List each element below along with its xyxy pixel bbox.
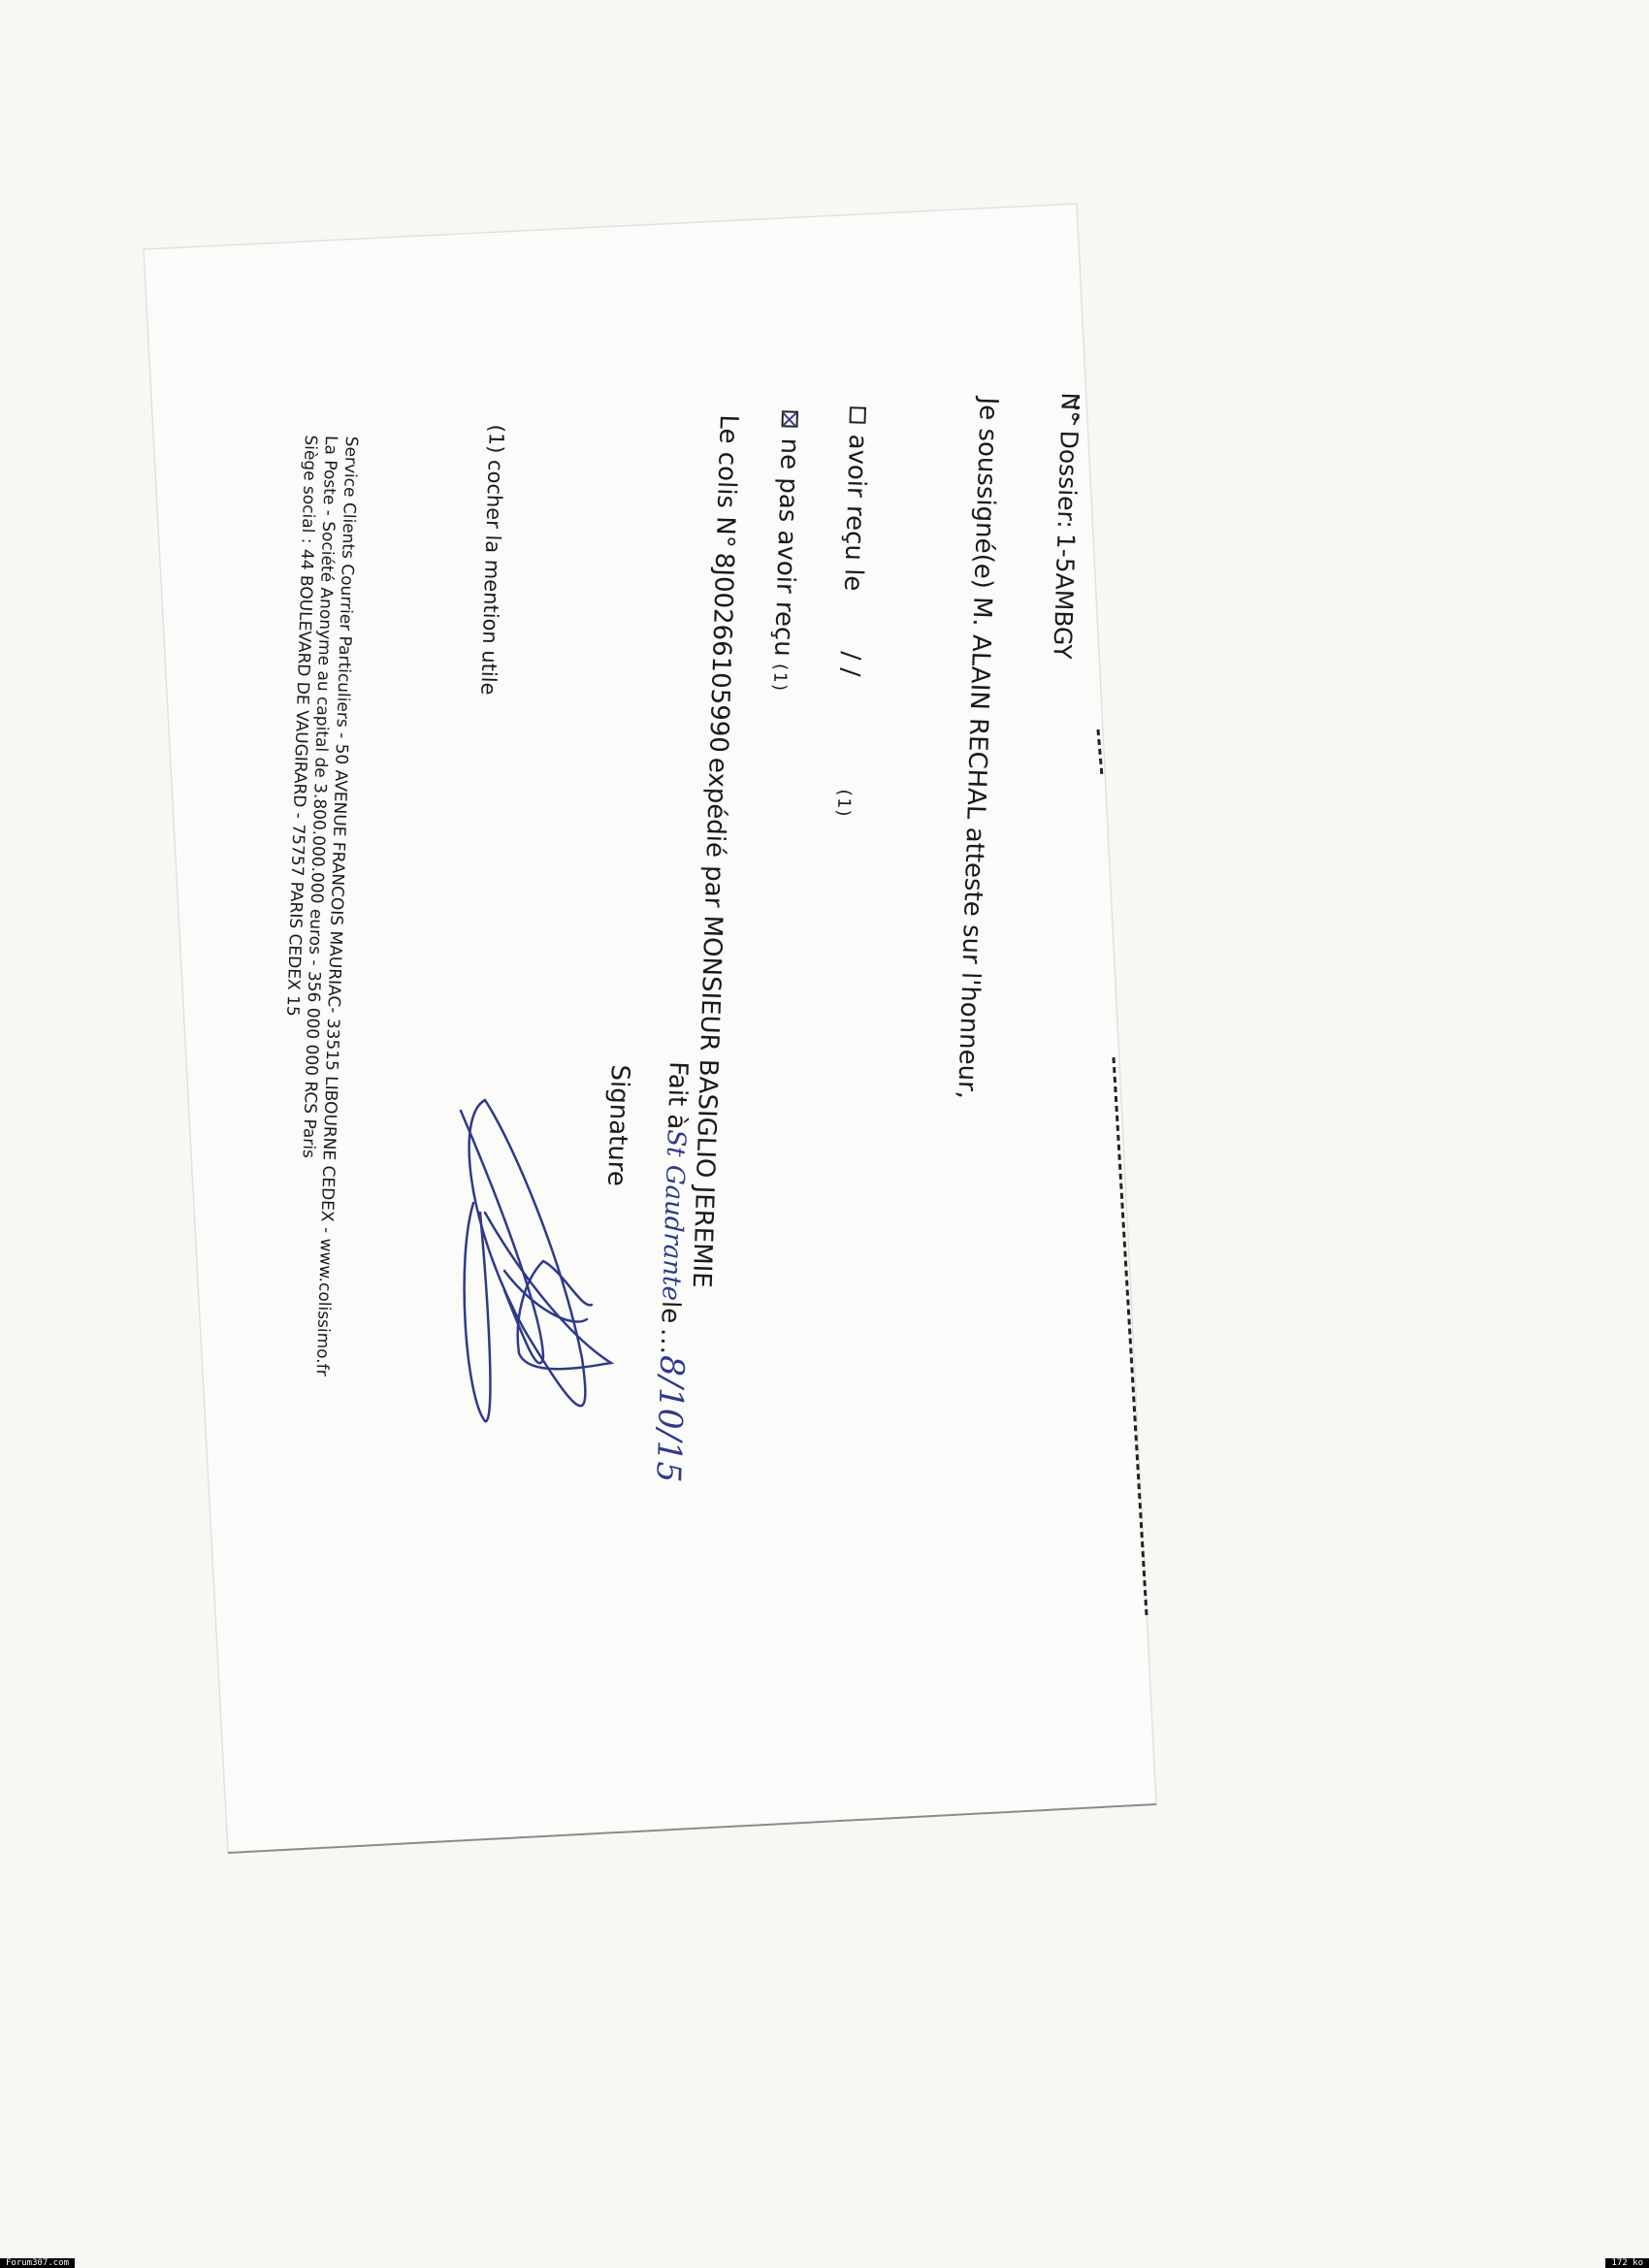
option-received-date: / /	[835, 651, 865, 677]
dossier-label: N° Dossier:	[1052, 392, 1084, 529]
option-received-note: (1)	[833, 787, 855, 819]
checkbox-received[interactable]	[849, 406, 866, 424]
scanned-sheet	[0, 0, 1649, 2268]
file-size-label: 172 ko	[1605, 2258, 1649, 2268]
date-value: 8/10/15	[648, 1355, 691, 1483]
signature-label: Signature	[601, 1064, 634, 1186]
signature-label-line: Signature	[601, 1064, 634, 1186]
parcel-prefix: Le colis N°	[710, 414, 743, 548]
fait-a-label: Fait à	[662, 1061, 693, 1130]
date-label: le	[656, 1301, 686, 1324]
checkbox-not-received[interactable]	[781, 410, 798, 428]
dossier-number: 1-5AMBGY	[1048, 533, 1080, 659]
option-not-received-note: (1)	[769, 661, 791, 693]
option-received-label: avoir reçu le	[838, 434, 872, 592]
fait-a-value: St Gaudrante	[656, 1129, 691, 1302]
forum-watermark: Forum307.com	[0, 2258, 75, 2268]
